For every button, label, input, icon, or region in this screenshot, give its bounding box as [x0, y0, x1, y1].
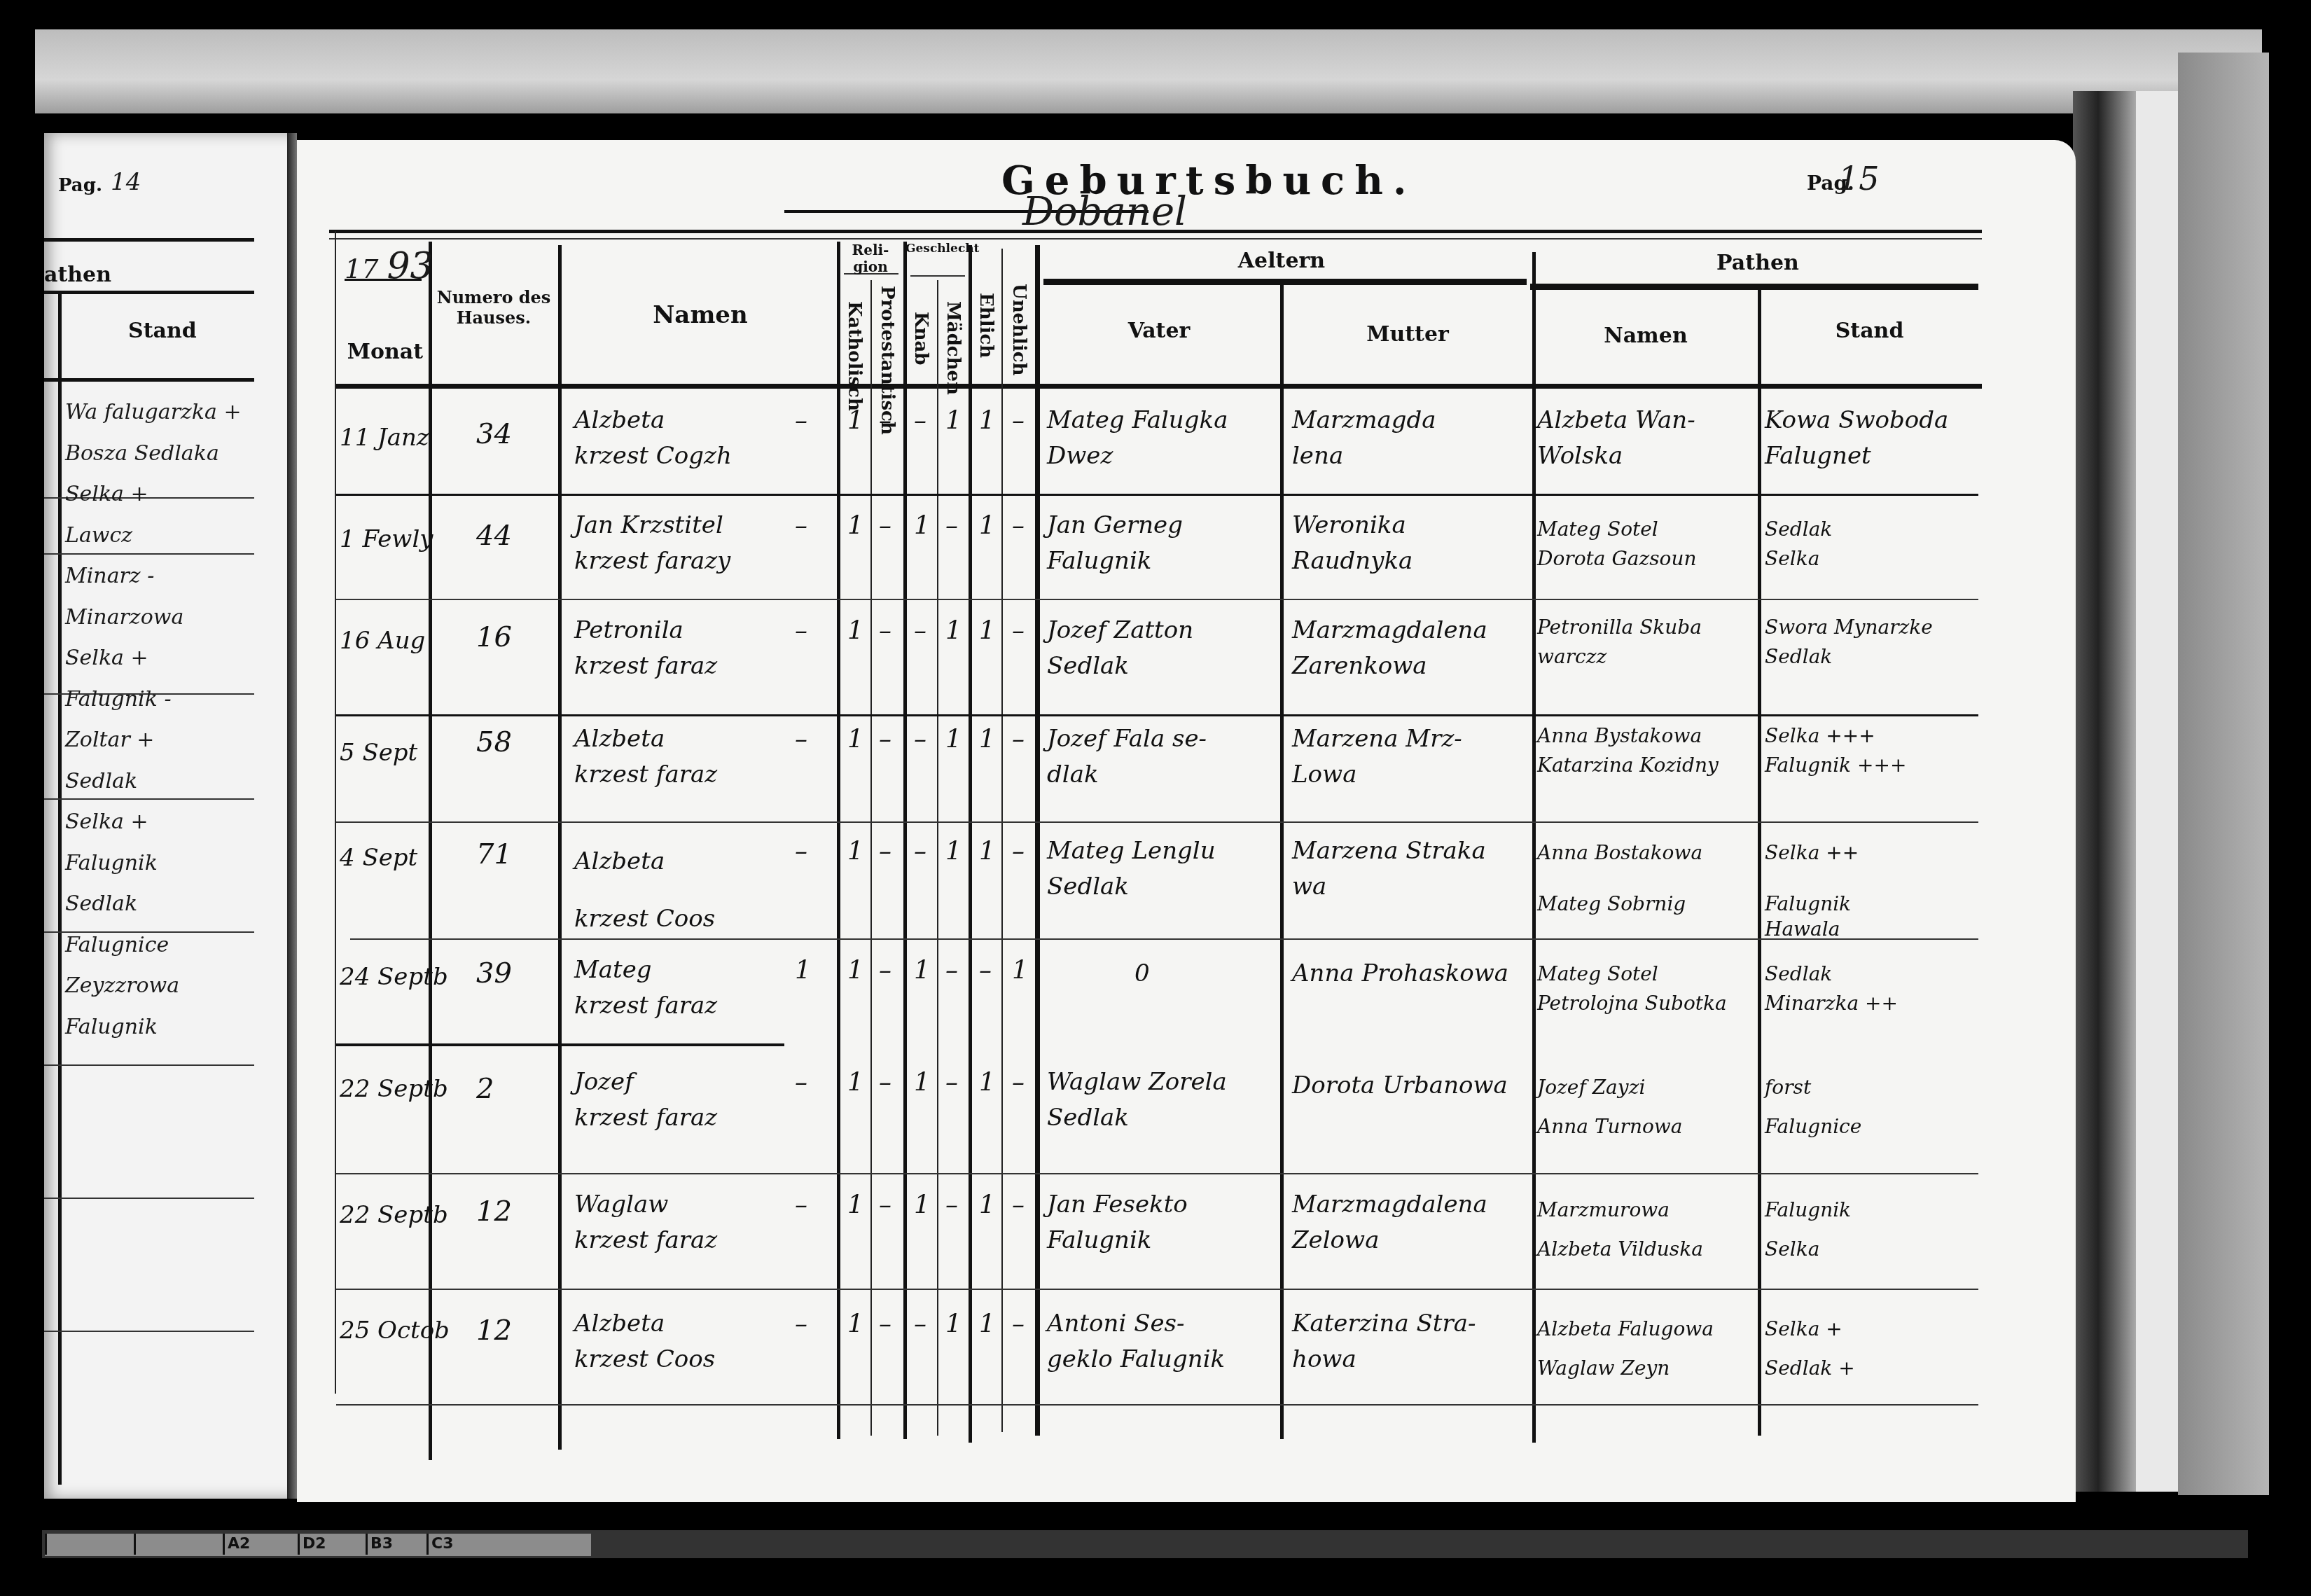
cell-mark: – [795, 511, 807, 540]
cell-house: 2 [476, 1068, 494, 1110]
cell-mark: – [795, 1191, 807, 1219]
year-label: 17 93 [345, 245, 433, 287]
cell-name: Waglaw krzest faraz [574, 1187, 717, 1258]
header-month: Monat [343, 340, 427, 364]
place-name: Dobanel [1022, 189, 1187, 235]
cell-protestant: – [879, 837, 891, 866]
cell-name: Petronila krzest faraz [574, 613, 717, 684]
left-entry: Selka + [65, 474, 275, 515]
cell-girl: 1 [945, 616, 962, 645]
cell-house: 58 [476, 721, 512, 763]
left-entry: Wa falugarzka + [65, 392, 275, 433]
cell-house: 16 [476, 616, 512, 658]
cell-father: Antoni Ses- geklo Falugnik [1047, 1306, 1225, 1378]
cell-girl: – [945, 511, 958, 540]
cell-illegitimate: – [1012, 616, 1025, 645]
cell-legitimate: 1 [979, 616, 995, 645]
cell-godparent-name: Anna Bystakowa Katarzina Kozidny [1537, 721, 1719, 780]
cell-name: Mateg krzest faraz [574, 952, 717, 1024]
cell-godparent-status: Selka ++ Falugnik Hawala [1765, 840, 1859, 943]
left-entry: Minarz - [65, 556, 275, 597]
cell-godparent-status: Selka +++ Falugnik +++ [1765, 721, 1906, 780]
cell-catholic: 1 [847, 511, 863, 540]
cell-name: Jan Krzstitel krzest farazy [574, 508, 730, 579]
cell-legitimate: 1 [979, 1191, 995, 1219]
film-scale: A2 D2 B3 C3 [45, 1534, 591, 1556]
cell-godparent-name: Jozef Zayzi Anna Turnowa [1537, 1068, 1683, 1146]
cell-boy: 1 [914, 1068, 930, 1097]
header-girl: Mädchen [943, 301, 964, 395]
cell-mother: Weronika Raudnyka [1292, 508, 1413, 579]
left-entry: Zoltar + [65, 720, 275, 761]
cell-month: 16 Aug [340, 623, 425, 659]
cell-girl: – [945, 1191, 958, 1219]
cell-month: 1 Fewly [340, 522, 433, 557]
cell-father: Jozef Zatton Sedlak [1047, 613, 1193, 684]
left-entry: Falugnik - [65, 679, 275, 721]
cell-legitimate: 1 [979, 725, 995, 754]
header-godparent-name: Namen [1534, 324, 1758, 348]
cell-protestant: – [879, 511, 891, 540]
left-page: Pag. 14 athen Stand Wa falugarzka + Bosz… [44, 133, 296, 1499]
cell-name: Alzbeta krzest Coos [574, 833, 715, 948]
cell-illegitimate: – [1012, 1068, 1025, 1097]
left-page-entries: Wa falugarzka + Bosza Sedlaka Selka + La… [65, 392, 275, 1048]
cell-godparent-status: forst Falugnice [1765, 1068, 1861, 1146]
left-entry: Selka + [65, 638, 275, 679]
cell-catholic: 1 [847, 956, 863, 985]
left-entry: Minarzowa [65, 597, 275, 639]
cell-godparent-name: Mateg Sotel Dorota Gazsoun [1537, 515, 1697, 574]
cell-boy: – [914, 725, 927, 754]
cell-mark: – [795, 837, 807, 866]
left-header-group: athen [44, 263, 111, 287]
cell-godparent-status: Falugnik Selka [1765, 1191, 1851, 1269]
left-entry: Lawcz [65, 515, 275, 557]
left-entry: Falugnik [65, 843, 275, 884]
page-number: 15 [1838, 160, 1880, 197]
cell-mark: – [795, 1068, 807, 1097]
cell-illegitimate: – [1012, 1191, 1025, 1219]
cell-protestant: – [879, 725, 891, 754]
cell-house: 12 [476, 1310, 512, 1352]
cell-month: 22 Septb [340, 1198, 448, 1233]
cell-mark: 1 [795, 956, 811, 985]
header-catholic: Katholisch [844, 301, 865, 411]
cell-legitimate: 1 [979, 511, 995, 540]
header-legitimate: Ehlich [976, 293, 997, 358]
cell-illegitimate: – [1012, 1310, 1025, 1338]
cell-catholic: 1 [847, 837, 863, 866]
cell-mark: – [795, 616, 807, 645]
cell-name: Alzbeta krzest Coos [574, 1306, 715, 1378]
scale-tick [134, 1534, 223, 1555]
cell-father: Mateg Lenglu Sedlak [1047, 833, 1216, 905]
cell-legitimate: – [979, 956, 992, 985]
scale-tick [45, 1534, 134, 1555]
header-godparents: Pathen [1534, 251, 1982, 275]
cell-mother: Anna Prohaskowa [1292, 956, 1508, 992]
header-parents: Aeltern [1036, 249, 1527, 273]
header-sex: Geschlecht [905, 242, 969, 256]
cell-father: Mateg Falugka Dwez [1047, 403, 1228, 474]
header-house-number: Numero des Hauses. [434, 287, 553, 328]
cell-godparent-name: Alzbeta Falugowa Waglaw Zeyn [1537, 1310, 1714, 1388]
cell-girl: 1 [945, 837, 962, 866]
cell-father: Waglaw Zorela Sedlak [1047, 1064, 1227, 1136]
cell-catholic: 1 [847, 616, 863, 645]
cell-boy: – [914, 837, 927, 866]
cell-father: Jozef Fala se- dlak [1047, 721, 1207, 793]
book-edge-outer [2178, 53, 2269, 1495]
header-illegitimate: Unehlich [1008, 284, 1029, 376]
cell-mark: – [795, 725, 807, 754]
header-name: Namen [564, 301, 837, 329]
cell-month: 4 Sept [340, 840, 417, 876]
cell-godparent-status: Selka + Sedlak + [1765, 1310, 1855, 1388]
header-father: Vater [1036, 319, 1282, 343]
scale-tick: A2 [223, 1534, 298, 1555]
cell-boy: – [914, 616, 927, 645]
cell-house: 12 [476, 1191, 512, 1233]
cell-legitimate: 1 [979, 406, 995, 435]
cell-boy: 1 [914, 511, 930, 540]
left-header-stand: Stand [128, 319, 197, 343]
cell-protestant: – [879, 1191, 891, 1219]
cell-catholic: 1 [847, 1191, 863, 1219]
cell-illegitimate: – [1012, 837, 1025, 866]
cell-mother: Marzena Straka wa [1292, 833, 1486, 905]
left-page-number: 14 [111, 168, 141, 196]
cell-month: 11 Janz [340, 420, 429, 456]
cell-month: 24 Septb [340, 959, 448, 995]
cell-house: 34 [476, 413, 512, 455]
cell-legitimate: 1 [979, 837, 995, 866]
cell-godparent-status: Kowa Swoboda Falugnet [1765, 403, 1948, 474]
cell-boy: – [914, 406, 927, 435]
cell-father: Jan Fesekto Falugnik [1047, 1187, 1188, 1258]
scale-tick: C3 [426, 1534, 487, 1555]
cell-name: Alzbeta krzest Cogzh [574, 403, 732, 474]
cell-mother: Marzmagdalena Zelowa [1292, 1187, 1487, 1258]
cell-father: 0 [1134, 956, 1150, 992]
cell-house: 44 [476, 515, 512, 557]
cell-godparent-name: Petronilla Skuba warczz [1537, 613, 1702, 672]
header-religion: Reli- gion [839, 242, 902, 275]
cell-month: 25 Octob [340, 1313, 450, 1349]
cell-mark: – [795, 406, 807, 435]
left-entry: Selka + [65, 802, 275, 843]
cell-girl: – [945, 1068, 958, 1097]
left-entry: Sedlak [65, 884, 275, 925]
cell-godparent-status: Swora Mynarzke Sedlak [1765, 613, 1933, 672]
cell-girl: 1 [945, 1310, 962, 1338]
scanner-band [35, 29, 2262, 113]
cell-father: Jan Gerneg Falugnik [1047, 508, 1183, 579]
left-entry: Falugnik [65, 1007, 275, 1048]
cell-boy: 1 [914, 956, 930, 985]
cell-godparent-name: Marzmurowa Alzbeta Vilduska [1537, 1191, 1703, 1269]
left-page-label: Pag. [58, 175, 102, 196]
cell-legitimate: 1 [979, 1310, 995, 1338]
cell-protestant: – [879, 956, 891, 985]
cell-girl: – [945, 956, 958, 985]
cell-godparent-name: Anna Bostakowa Mateg Sobrnig [1537, 840, 1702, 917]
header-godparent-status: Stand [1759, 319, 1980, 343]
cell-protestant: – [879, 616, 891, 645]
cell-illegitimate: – [1012, 511, 1025, 540]
cell-house: 71 [476, 833, 512, 875]
cell-house: 39 [476, 952, 512, 994]
cell-godparent-name: Alzbeta Wan- Wolska [1537, 403, 1695, 474]
scale-tick: B3 [366, 1534, 426, 1555]
cell-month: 22 Septb [340, 1071, 448, 1107]
cell-name: Alzbeta krzest faraz [574, 721, 717, 793]
cell-protestant: – [879, 406, 891, 435]
cell-month: 5 Sept [340, 735, 417, 771]
cell-godparent-status: Sedlak Selka [1765, 515, 1832, 574]
cell-illegitimate: 1 [1012, 956, 1028, 985]
cell-catholic: 1 [847, 406, 863, 435]
cell-legitimate: 1 [979, 1068, 995, 1097]
cell-catholic: 1 [847, 1068, 863, 1097]
cell-girl: 1 [945, 406, 962, 435]
left-entry: Bosza Sedlaka [65, 433, 275, 475]
cell-mother: Katerzina Stra- howa [1292, 1306, 1476, 1378]
left-entry: Falugnice [65, 925, 275, 966]
cell-boy: 1 [914, 1191, 930, 1219]
cell-mother: Dorota Urbanowa [1292, 1068, 1508, 1104]
cell-mother: Marzena Mrz- Lowa [1292, 721, 1462, 793]
cell-godparent-name: Mateg Sotel Petrolojna Subotka [1537, 959, 1727, 1018]
cell-illegitimate: – [1012, 725, 1025, 754]
cell-protestant: – [879, 1310, 891, 1338]
header-mother: Mutter [1282, 322, 1534, 347]
cell-catholic: 1 [847, 1310, 863, 1338]
cell-mother: Marzmagda lena [1292, 403, 1436, 474]
cell-name: Jozef krzest faraz [574, 1064, 717, 1136]
book-edge-shadow [2073, 91, 2136, 1492]
scale-tick: D2 [298, 1534, 366, 1555]
cell-protestant: – [879, 1068, 891, 1097]
cell-girl: 1 [945, 725, 962, 754]
cell-boy: – [914, 1310, 927, 1338]
header-boy: Knab [910, 312, 931, 366]
book-edge-pages [2136, 91, 2178, 1492]
cell-godparent-status: Sedlak Minarzka ++ [1765, 959, 1898, 1018]
left-entry: Sedlak [65, 761, 275, 803]
cell-catholic: 1 [847, 725, 863, 754]
book-gutter [287, 133, 297, 1499]
left-entry: Zeyzzrowa [65, 966, 275, 1007]
cell-illegitimate: – [1012, 406, 1025, 435]
cell-mark: – [795, 1310, 807, 1338]
cell-mother: Marzmagdalena Zarenkowa [1292, 613, 1487, 684]
